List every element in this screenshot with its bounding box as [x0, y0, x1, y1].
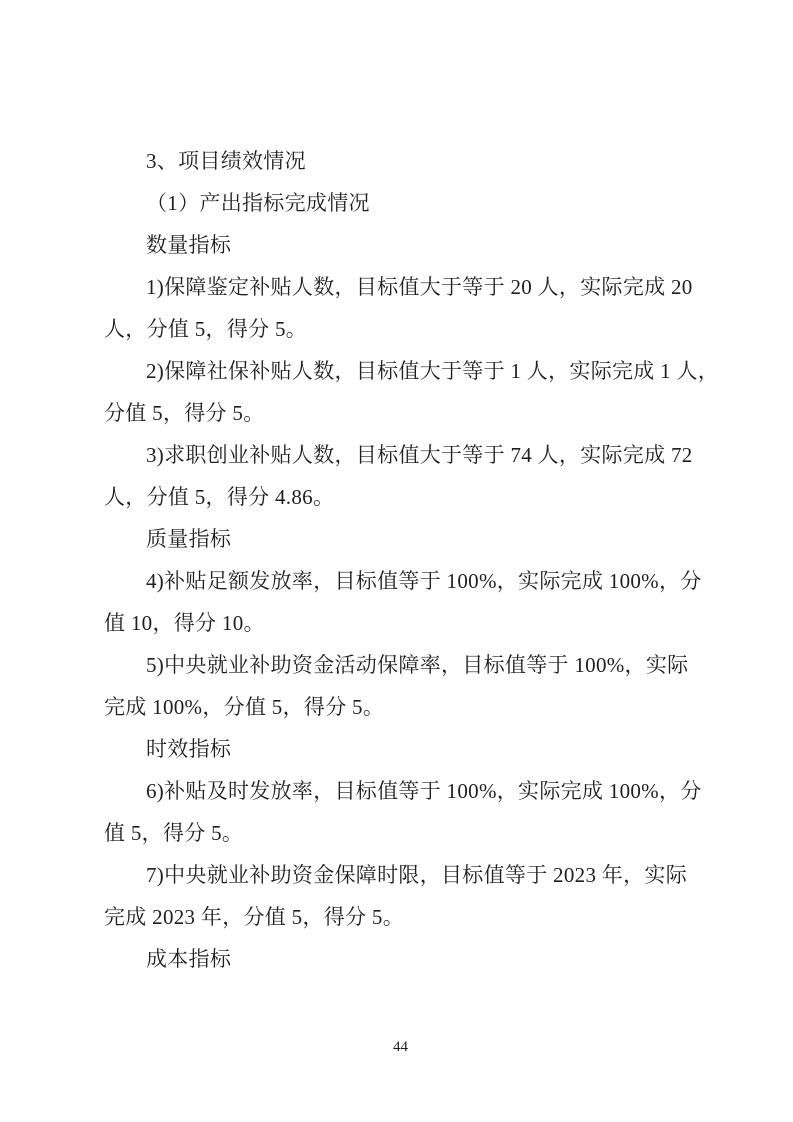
para-indicator-3-line-2: 人，分值 5，得分 4.86。 — [104, 476, 697, 518]
heading-quantity-indicators: 数量指标 — [104, 224, 697, 266]
document-page: 3、项目绩效情况 （1）产出指标完成情况 数量指标 1)保障鉴定补贴人数，目标值… — [0, 0, 793, 1122]
para-indicator-1-line-2: 人，分值 5，得分 5。 — [104, 308, 697, 350]
para-indicator-3-line-1: 3)求职创业补贴人数，目标值大于等于 74 人，实际完成 72 — [104, 434, 697, 476]
heading-quality-indicators: 质量指标 — [104, 518, 697, 560]
para-indicator-4-line-2: 值 10，得分 10。 — [104, 602, 697, 644]
document-body: 3、项目绩效情况 （1）产出指标完成情况 数量指标 1)保障鉴定补贴人数，目标值… — [104, 140, 697, 980]
para-indicator-7-line-1: 7)中央就业补助资金保障时限，目标值等于 2023 年，实际 — [104, 854, 697, 896]
para-indicator-7-line-2: 完成 2023 年，分值 5，得分 5。 — [104, 896, 697, 938]
para-indicator-2-line-1: 2)保障社保补贴人数，目标值大于等于 1 人，实际完成 1 人， — [104, 350, 697, 392]
para-indicator-1-line-1: 1)保障鉴定补贴人数，目标值大于等于 20 人，实际完成 20 — [104, 266, 697, 308]
heading-project-performance: 3、项目绩效情况 — [104, 140, 697, 182]
heading-cost-indicators: 成本指标 — [104, 938, 697, 980]
para-indicator-2-line-2: 分值 5，得分 5。 — [104, 392, 697, 434]
heading-timeliness-indicators: 时效指标 — [104, 728, 697, 770]
heading-output-indicators: （1）产出指标完成情况 — [104, 182, 697, 224]
para-indicator-6-line-1: 6)补贴及时发放率，目标值等于 100%，实际完成 100%，分 — [104, 770, 697, 812]
para-indicator-4-line-1: 4)补贴足额发放率，目标值等于 100%，实际完成 100%，分 — [104, 560, 697, 602]
para-indicator-5-line-1: 5)中央就业补助资金活动保障率，目标值等于 100%，实际 — [104, 644, 697, 686]
page-number: 44 — [104, 1036, 697, 1058]
para-indicator-6-line-2: 值 5，得分 5。 — [104, 812, 697, 854]
para-indicator-5-line-2: 完成 100%，分值 5，得分 5。 — [104, 686, 697, 728]
